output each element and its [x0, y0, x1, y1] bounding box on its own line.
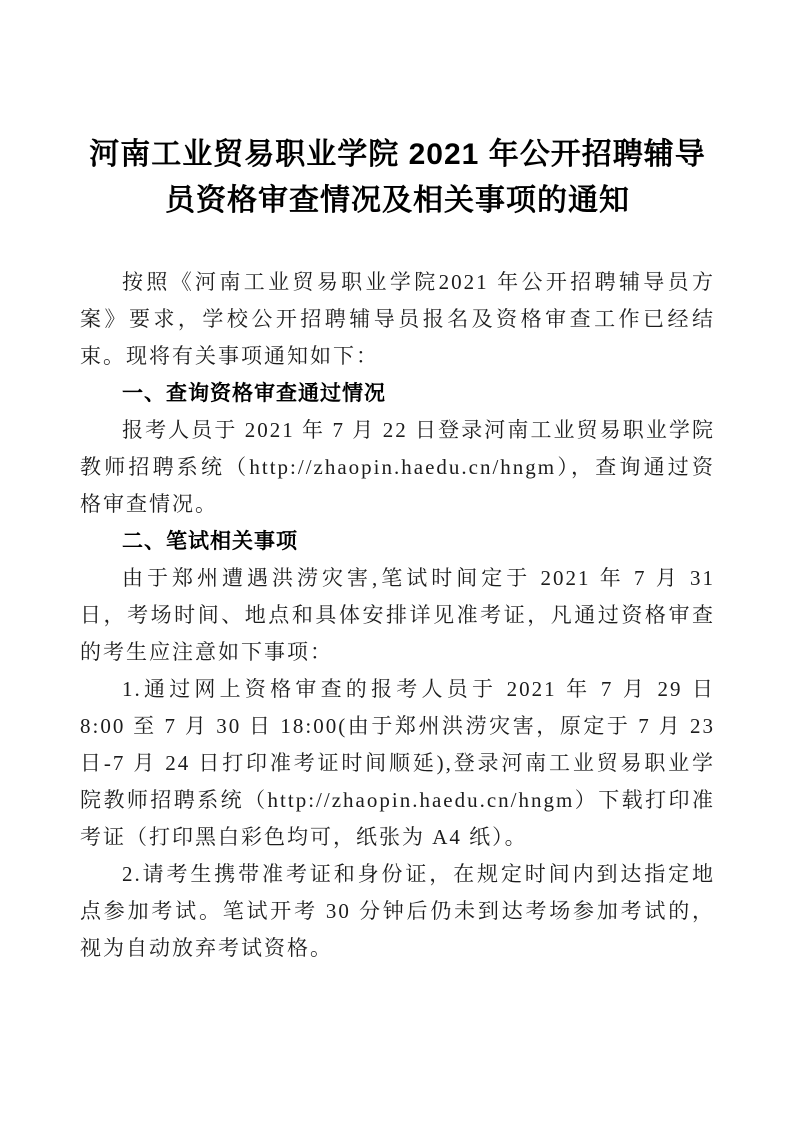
paragraph-intro: 按照《河南工业贸易职业学院2021 年公开招聘辅导员方案》要求，学校公开招聘辅导… — [80, 264, 715, 375]
section-2-item-2: 2.请考生携带准考证和身份证，在规定时间内到达指定地点参加考试。笔试开考 30 … — [80, 856, 715, 967]
document-title-line-1: 河南工业贸易职业学院 2021 年公开招聘辅导 — [80, 132, 715, 178]
section-2-intro: 由于郑州遭遇洪涝灾害,笔试时间定于 2021 年 7 月 31 日，考场时间、地… — [80, 560, 715, 671]
section-1-heading: 一、查询资格审查通过情况 — [80, 375, 715, 412]
document-page: 河南工业贸易职业学院 2021 年公开招聘辅导 员资格审查情况及相关事项的通知 … — [0, 0, 793, 1122]
document-title: 河南工业贸易职业学院 2021 年公开招聘辅导 员资格审查情况及相关事项的通知 — [80, 132, 715, 224]
document-title-line-2: 员资格审查情况及相关事项的通知 — [80, 178, 715, 224]
section-2-heading: 二、笔试相关事项 — [80, 523, 715, 560]
section-1-body: 报考人员于 2021 年 7 月 22 日登录河南工业贸易职业学院教师招聘系统（… — [80, 412, 715, 523]
document-body: 按照《河南工业贸易职业学院2021 年公开招聘辅导员方案》要求，学校公开招聘辅导… — [80, 264, 715, 967]
section-2-item-1: 1.通过网上资格审查的报考人员于 2021 年 7 月 29 日 8:00 至 … — [80, 671, 715, 856]
